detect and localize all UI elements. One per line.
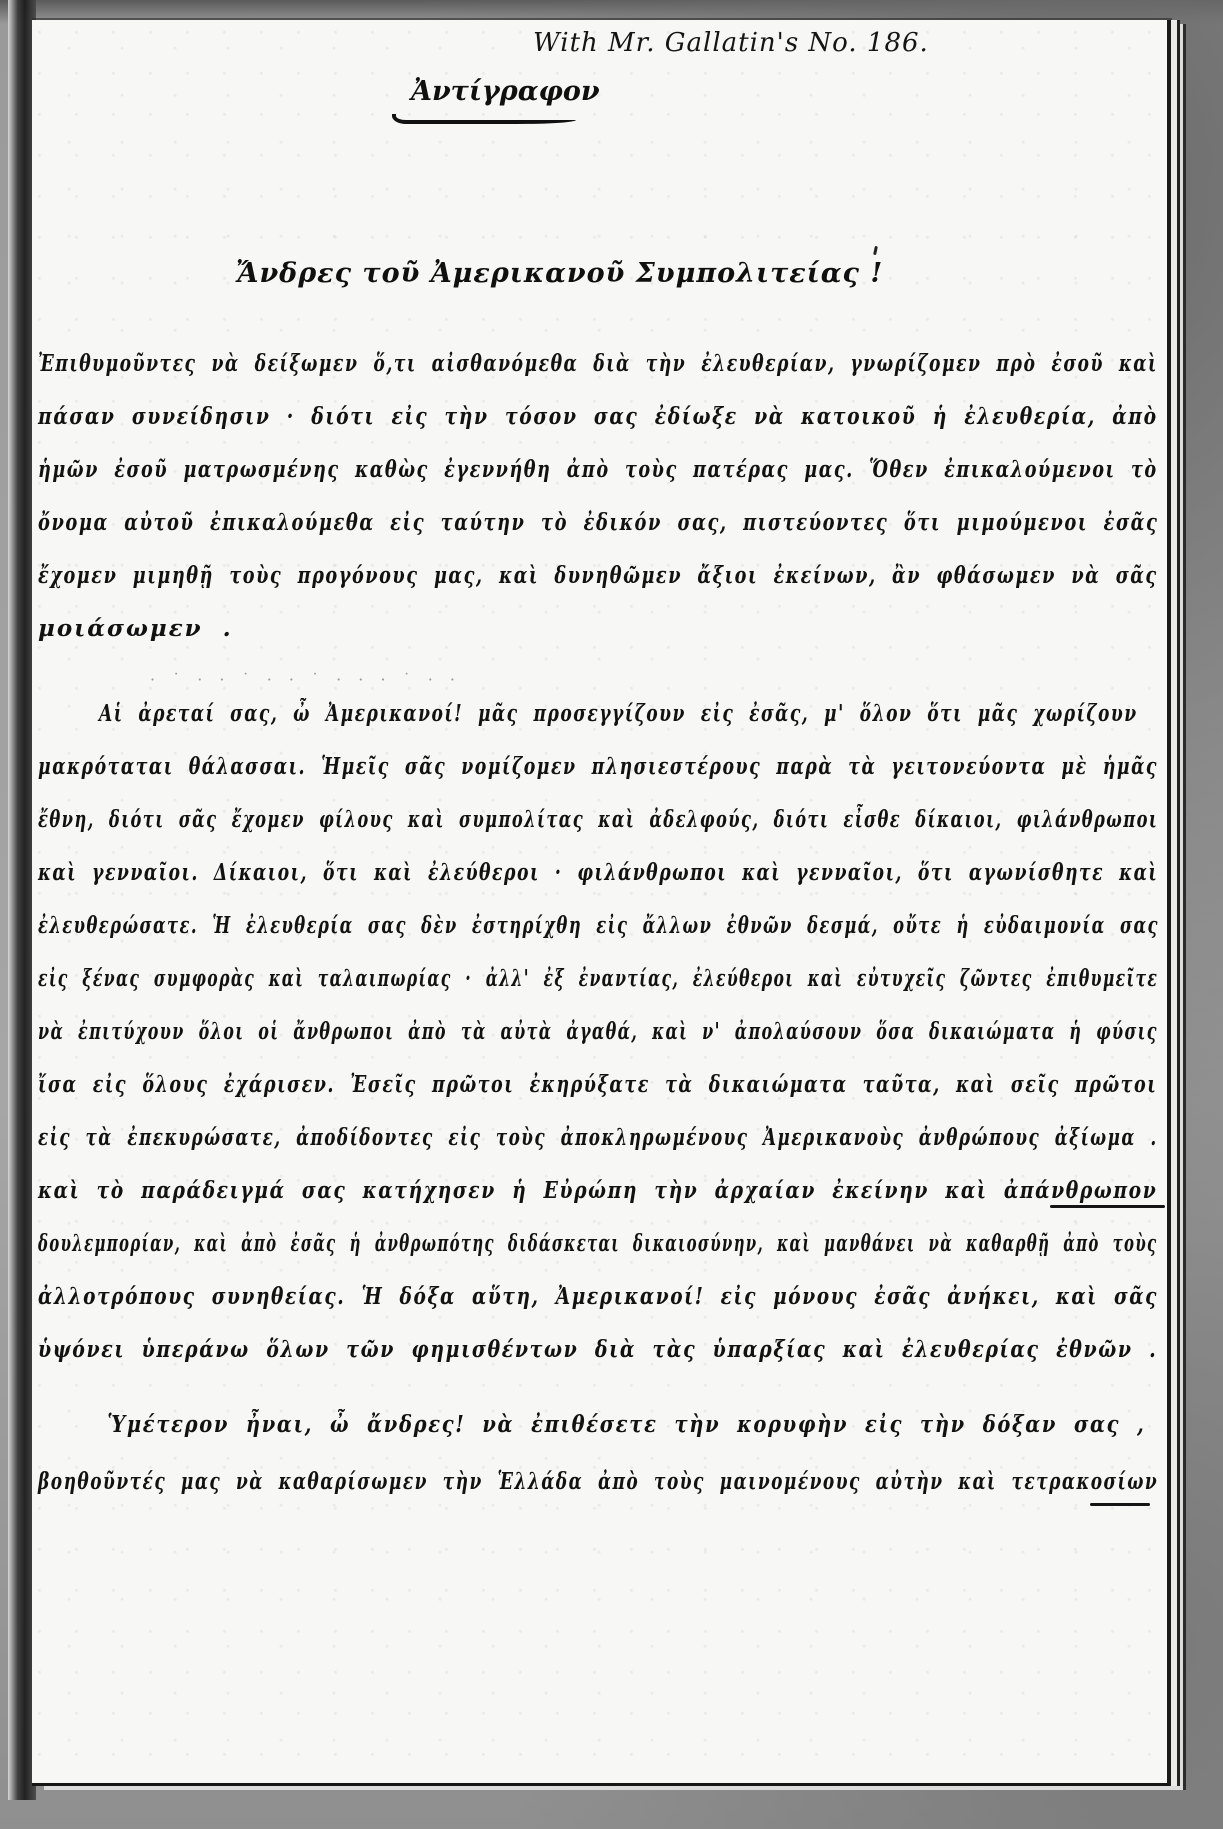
faded-bleedthrough: · ˙ · · ˙ · · ˙ · · · ˙ · · <box>150 670 461 689</box>
paragraph-1-line-1: Ἐπιθυμοῦντες νὰ δείξωμεν ὅ,τι αἰσθανόμεθ… <box>38 350 1158 377</box>
paragraph-1-line-5: ἔχομεν μιμηθῇ τοὺς προγόνους μας, καὶ δυ… <box>38 562 1158 589</box>
ink-flourish <box>1090 1503 1150 1506</box>
salutation-heading: Ἄνδρες τοῦ Ἀμερικανοῦ Συμπολιτείας ! <box>236 258 883 289</box>
catalog-note: With Mr. Gallatin's No. 186. <box>533 28 929 58</box>
ink-flourish <box>1050 1205 1165 1208</box>
paragraph-2-line-6: εἰς ξένας συμφορὰς καὶ ταλαιπωρίας · ἀλλ… <box>38 965 1158 992</box>
title-underline <box>392 114 576 124</box>
paragraph-2-line-2: μακρόταται θάλασσαι. Ἡμεῖς σᾶς νομίζομεν… <box>38 753 1158 780</box>
paragraph-2-line-10: καὶ τὸ παράδειγμά σας κατήχησεν ἡ Εὐρώπη… <box>38 1177 1157 1204</box>
paragraph-2-line-4: καὶ γενναῖοι. Δίκαιοι, ὅτι καὶ ἐλεύθεροι… <box>38 859 1158 886</box>
paragraph-2-line-3: ἔθνη, διότι σᾶς ἔχομεν φίλους καὶ συμπολ… <box>38 806 1158 833</box>
paragraph-2-line-8: ἴσα εἰς ὅλους ἐχάρισεν. Ἐσεῖς πρῶτοι ἐκη… <box>38 1071 1157 1098</box>
paragraph-2-line-1: Αἱ ἀρεταί σας, ὦ Ἀμερικανοί! μᾶς προσεγγ… <box>38 700 1138 727</box>
document-title: Ἀντίγραφον <box>411 76 600 107</box>
paragraph-1-line-2: πάσαν συνείδησιν · διότι εἰς τὴν τόσον σ… <box>38 403 1158 430</box>
paragraph-3-line-2: βοηθοῦντές μας νὰ καθαρίσωμεν τὴν Ἑλλάδα… <box>38 1468 1158 1495</box>
paragraph-1-line-3: ἡμῶν ἐσοῦ ματρωσμένης καθὼς ἐγεννήθη ἀπὸ… <box>38 456 1158 483</box>
paragraph-1-line-6: μοιάσωμεν . <box>38 615 233 642</box>
paragraph-2-line-11: δουλεμπορίαν, καὶ ἀπὸ ἐσᾶς ἡ ἀνθρωπότης … <box>38 1230 1157 1257</box>
paragraph-2-line-5: ἐλευθερώσατε. Ἡ ἐλευθερία σας δὲν ἐστηρί… <box>38 912 1159 939</box>
paragraph-2-line-12: ἀλλοτρόπους συνηθείας. Ἡ δόξα αὕτη, Ἀμερ… <box>38 1283 1158 1310</box>
paragraph-1-line-4: ὄνομα αὐτοῦ ἐπικαλούμεθα εἰς ταύτην τὸ ἐ… <box>38 509 1158 536</box>
paragraph-2-line-13: ὑψόνει ὑπεράνω ὅλων τῶν φημισθέντων διὰ … <box>38 1336 1157 1363</box>
paragraph-3-line-1: Ὑμέτερον ἦναι, ὦ ἄνδρες! νὰ ἐπιθέσετε τὴ… <box>38 1411 1146 1438</box>
paragraph-2-line-9: εἰς τὰ ἐπεκυρώσατε, ἀποδίδοντες εἰς τοὺς… <box>38 1124 1158 1151</box>
paragraph-2-line-7: νὰ ἐπιτύχουν ὅλοι οἱ ἄνθρωποι ἀπὸ τὰ αὐτ… <box>38 1018 1158 1045</box>
